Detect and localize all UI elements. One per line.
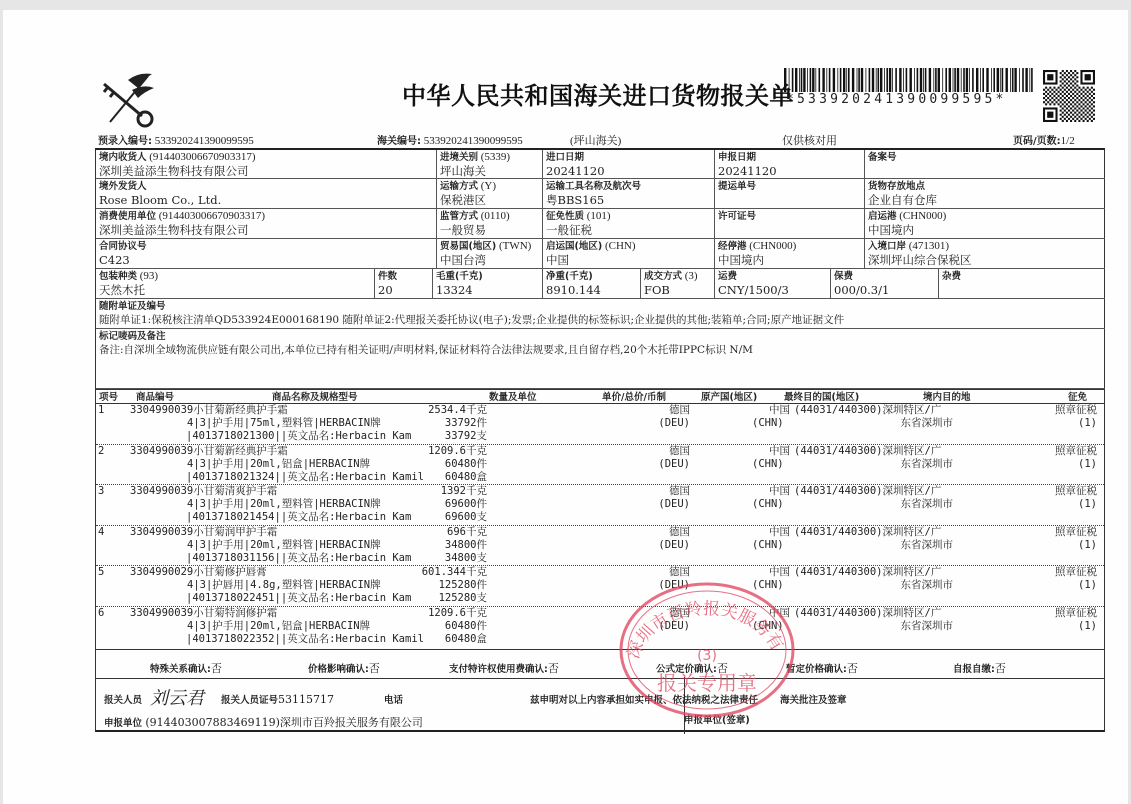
field-label: 进境关别 (5339)	[440, 151, 539, 164]
col-price: 单价/总价/币制	[602, 389, 666, 403]
col-hs-code: 商品编号	[136, 389, 174, 403]
levy-mode: 照章征税	[1055, 526, 1097, 540]
pre-entry-number: 预录入编号: 533920241390099595	[98, 132, 254, 147]
domestic-destination: 东省深圳市	[901, 458, 954, 472]
quantity: 69600件	[445, 498, 487, 512]
confirmation-item: 特殊关系确认:否	[150, 660, 222, 676]
declarant-label: 报关人员	[104, 692, 142, 706]
levy-code: (1)	[1078, 458, 1097, 472]
field-value: 一般贸易	[440, 223, 539, 238]
declaring-unit: 申报单位 (914403007883469119)深圳市百羚报关服务有限公司	[104, 714, 423, 730]
quantity: 1392千克	[441, 485, 487, 499]
quantity: 125280支	[439, 592, 487, 606]
field-value: 20241120	[718, 164, 861, 179]
field-entry-customs: 进境关别 (5339)坪山海关	[437, 150, 543, 179]
field-label: 启运港 (CHN000)	[868, 210, 1102, 223]
destination-code: (CHN)	[752, 417, 784, 431]
levy-mode: 照章征税	[1055, 607, 1097, 621]
goods-name: 3304990029小甘菊修护唇膏	[130, 566, 267, 580]
field-label: 经停港 (CHN000)	[718, 240, 861, 253]
col-origin: 原产国(地区)	[701, 389, 757, 403]
field-value: C423	[99, 253, 433, 268]
field-label: 成交方式 (3)	[644, 270, 711, 283]
destination-country: 中国	[769, 404, 790, 418]
field-label: 监管方式 (0110)	[440, 210, 539, 223]
phone-label: 电话	[384, 692, 403, 706]
quantity: 33792支	[445, 430, 487, 444]
levy-code: (1)	[1078, 620, 1097, 634]
field-storage: 货物存放地点企业自有仓库	[865, 179, 1105, 209]
destination-country: 中国	[769, 485, 790, 499]
field-consignor: 境外发货人Rose Bloom Co., Ltd.	[96, 179, 437, 209]
goods-name: 3304990039小甘菊新经典护手霜	[130, 445, 288, 459]
destination-code: (CHN)	[752, 498, 784, 512]
table-row: 43304990039小甘菊润甲护手霜4|3|护手用|20ml,塑料管|HERB…	[96, 525, 1104, 565]
levy-code: (1)	[1078, 579, 1097, 593]
origin-code: (DEU)	[658, 498, 690, 512]
field-value: 深圳坪山综合保税区	[868, 253, 1102, 268]
quantity: 60480盒	[445, 471, 487, 485]
customs-office: (坪山海关)	[570, 132, 621, 148]
barcode-number: *533920241390099595*	[786, 92, 1007, 107]
field-label: 贸易国(地区) (TWN)	[440, 240, 539, 253]
col-destination: 最终目的国(地区)	[784, 389, 859, 403]
confirmation-item: 自报自缴:否	[953, 660, 1006, 676]
item-no: 2	[98, 445, 104, 459]
document-title: 中华人民共和国海关进口货物报关单	[402, 76, 794, 111]
goods-name: 3304990039小甘菊特润修护霜	[130, 607, 277, 621]
goods-name: 3304990039小甘菊新经典护手霜	[130, 404, 288, 418]
field-value: 一般征税	[546, 223, 711, 238]
quantity: 34800支	[445, 552, 487, 566]
field-misc: 杂费	[939, 269, 1105, 299]
field-supervision: 监管方式 (0110)一般贸易	[437, 209, 543, 239]
field-license: 许可证号	[715, 209, 865, 239]
quantity: 34800件	[445, 539, 487, 553]
field-docs: 随附单证及编号随附单证1:保税核注清单QD533924E000168190 随附…	[96, 299, 1105, 329]
field-label: 境外发货人	[99, 180, 433, 193]
goods-spec: |4013718022451||英文品名:Herbacin Kam	[186, 592, 411, 606]
origin-country: 德国	[669, 485, 690, 499]
destination-country: 中国	[769, 566, 790, 580]
declarant-signature: 刘云君	[150, 684, 204, 710]
field-value: 20	[378, 283, 429, 298]
origin-country: 德国	[669, 526, 690, 540]
declarant-id: 报关人员证号53115717	[221, 692, 334, 706]
confirmation-item: 价格影响确认:否	[308, 660, 380, 676]
field-value: 000/0.3/1	[834, 283, 935, 298]
col-item-no: 项号	[99, 389, 118, 403]
item-no: 4	[98, 526, 104, 540]
goods-spec: 4|3|护手用|20ml,铝盒|HERBACIN牌	[187, 458, 370, 472]
quantity: 69600支	[445, 511, 487, 525]
field-label: 合同协议号	[99, 240, 433, 253]
item-no: 5	[98, 566, 104, 580]
quantity: 1209.6千克	[428, 607, 487, 621]
levy-code: (1)	[1078, 417, 1097, 431]
field-entry-port: 入境口岸 (471301)深圳坪山综合保税区	[865, 239, 1105, 269]
origin-code: (DEU)	[658, 539, 690, 553]
field-label: 净重(千克)	[546, 270, 637, 283]
item-no: 1	[98, 404, 104, 418]
field-label: 境内收货人 (914403006670903317)	[99, 151, 433, 164]
table-row: 13304990039小甘菊新经典护手霜4|3|护手用|75ml,塑料管|HER…	[96, 403, 1104, 443]
field-via-port: 经停港 (CHN000)中国境内	[715, 239, 865, 269]
quantity: 601.344千克	[422, 566, 487, 580]
confirmation-item: 暂定价格确认:否	[786, 660, 858, 676]
quantity: 60480盒	[445, 633, 487, 647]
field-value: 天然木托	[99, 283, 371, 298]
goods-spec: 4|3|护手用|20ml,塑料管|HERBACIN牌	[187, 539, 381, 553]
field-levy: 征免性质 (101)一般征税	[543, 209, 715, 239]
field-value: 中国	[546, 253, 711, 268]
origin-code: (DEU)	[658, 417, 690, 431]
barcode	[784, 68, 1034, 92]
field-label: 件数	[378, 270, 429, 283]
field-value: 中国境内	[718, 253, 861, 268]
goods-spec: |4013718021324||英文品名:Herbacin Kamil	[186, 471, 424, 485]
field-value: 粤BBS165	[546, 193, 711, 208]
goods-spec: 4|3|护手用|75ml,塑料管|HERBACIN牌	[187, 417, 381, 431]
domestic-destination: (44031/440300)深圳特区/广	[794, 485, 941, 499]
domestic-destination: 东省深圳市	[901, 417, 954, 431]
company-seal-stamp: 深圳市百羚报关服务有限公司 (3) 报关专用章	[618, 580, 796, 720]
field-label: 保费	[834, 270, 935, 283]
goods-spec: 4|3|护手用|20ml,塑料管|HERBACIN牌	[187, 498, 381, 512]
field-gross: 毛重(千克)13324	[433, 269, 543, 299]
field-value: 8910.144	[546, 283, 637, 298]
table-row: 53304990029小甘菊修护唇膏4|3|护唇用|4.8g,塑料管|HERBA…	[96, 565, 1104, 605]
field-import-date: 进口日期20241120	[543, 150, 715, 179]
goods-name: 3304990039小甘菊清爽护手霜	[130, 485, 277, 499]
field-consignee: 境内收货人 (914403006670903317)深圳美益添生物科技有限公司	[96, 150, 437, 179]
col-quantity: 数量及单位	[489, 389, 537, 403]
goods-spec: 4|3|护手用|20ml,铝盒|HERBACIN牌	[187, 620, 370, 634]
customs-number: 海关编号: 533920241390099595	[377, 132, 523, 147]
field-label: 提运单号	[718, 180, 861, 193]
field-value: 中国台湾	[440, 253, 539, 268]
field-label: 包装种类 (93)	[99, 270, 371, 283]
field-label: 启运国(地区) (CHN)	[546, 240, 711, 253]
levy-mode: 照章征税	[1055, 566, 1097, 580]
field-contract: 合同协议号C423	[96, 239, 437, 269]
field-vehicle: 运输工具名称及航次号粤BBS165	[543, 179, 715, 209]
origin-country: 德国	[669, 404, 690, 418]
goods-spec: |4013718021300||英文品名:Herbacin Kam	[186, 430, 411, 444]
field-dep-country: 启运国(地区) (CHN)中国	[543, 239, 715, 269]
field-label: 许可证号	[718, 210, 861, 223]
destination-country: 中国	[769, 445, 790, 459]
field-label: 进口日期	[546, 151, 711, 164]
origin-country: 德国	[669, 445, 690, 459]
field-value: 中国境内	[868, 223, 1102, 238]
field-label: 申报日期	[718, 151, 861, 164]
domestic-destination: (44031/440300)深圳特区/广	[794, 445, 941, 459]
destination-code: (CHN)	[752, 539, 784, 553]
item-no: 3	[98, 485, 104, 499]
quantity: 60480件	[445, 458, 487, 472]
domestic-destination: 东省深圳市	[901, 498, 954, 512]
table-row: 33304990039小甘菊清爽护手霜4|3|护手用|20ml,塑料管|HERB…	[96, 484, 1104, 524]
field-label: 征免性质 (101)	[546, 210, 711, 223]
field-value: 企业自有仓库	[868, 193, 1102, 208]
field-deal-mode: 成交方式 (3)FOB	[641, 269, 715, 299]
field-label: 运费	[718, 270, 827, 283]
origin-country: 德国	[669, 566, 690, 580]
field-value: 随附单证1:保税核注清单QD533924E000168190 随附单证2:代理报…	[99, 313, 1102, 328]
goods-spec: |4013718031156||英文品名:Herbacin Kam	[186, 552, 411, 566]
confirmation-item: 支付特许权使用费确认:否	[449, 660, 559, 676]
field-value: FOB	[644, 283, 711, 298]
field-pack-type: 包装种类 (93)天然木托	[96, 269, 375, 299]
domestic-destination: (44031/440300)深圳特区/广	[794, 607, 941, 621]
field-value: 深圳美益添生物科技有限公司	[99, 164, 433, 179]
field-bill-no: 提运单号	[715, 179, 865, 209]
field-label: 标记唛码及备注	[99, 330, 1102, 343]
field-value: Rose Bloom Co., Ltd.	[99, 193, 433, 208]
domestic-destination: 东省深圳市	[901, 620, 954, 634]
field-label: 毛重(千克)	[436, 270, 539, 283]
field-marks: 标记唛码及备注备注:自深圳全域物流供应链有限公司出,本单位已持有相关证明/声明材…	[96, 329, 1105, 389]
field-value: 深圳美益添生物科技有限公司	[99, 223, 433, 238]
goods-spec: |4013718021454||英文品名:Herbacin Kam	[186, 511, 411, 525]
field-label: 备案号	[868, 151, 1102, 164]
field-value: CNY/1500/3	[718, 283, 827, 298]
field-insurance: 保费000/0.3/1	[831, 269, 939, 299]
field-label: 运输方式 (Y)	[440, 180, 539, 193]
field-label: 消费使用单位 (914403006670903317)	[99, 210, 433, 223]
domestic-destination: (44031/440300)深圳特区/广	[794, 566, 941, 580]
destination-code: (CHN)	[752, 458, 784, 472]
levy-mode: 照章征税	[1055, 485, 1097, 499]
svg-text:报关专用章: 报关专用章	[657, 671, 757, 695]
quantity: 696千克	[447, 526, 487, 540]
field-consumer: 消费使用单位 (914403006670903317)深圳美益添生物科技有限公司	[96, 209, 437, 239]
svg-text:(3): (3)	[697, 648, 717, 664]
domestic-destination: 东省深圳市	[901, 539, 954, 553]
quantity: 60480件	[445, 620, 487, 634]
field-value: 备注:自深圳全域物流供应链有限公司出,本单位已持有相关证明/声明材料,保证材料符…	[99, 343, 1102, 358]
field-dep-port: 启运港 (CHN000)中国境内	[865, 209, 1105, 239]
field-label: 货物存放地点	[868, 180, 1102, 193]
goods-spec: |4013718022352||英文品名:Herbacin Kamil	[186, 633, 424, 647]
quantity: 125280件	[439, 579, 487, 593]
levy-code: (1)	[1078, 498, 1097, 512]
field-label: 随附单证及编号	[99, 300, 1102, 313]
field-label: 运输工具名称及航次号	[546, 180, 711, 193]
destination-country: 中国	[769, 526, 790, 540]
verification-note: 仅供核对用	[782, 132, 837, 148]
field-label: 杂费	[942, 270, 1102, 283]
table-row: 63304990039小甘菊特润修护霜4|3|护手用|20ml,铝盒|HERBA…	[96, 606, 1104, 646]
qr-code	[1043, 70, 1095, 122]
field-value: 13324	[436, 283, 539, 298]
domestic-destination: (44031/440300)深圳特区/广	[794, 526, 941, 540]
item-no: 6	[98, 607, 104, 621]
field-value: 保税港区	[440, 193, 539, 208]
field-record-no: 备案号	[865, 150, 1105, 179]
field-pieces: 件数20	[375, 269, 433, 299]
quantity: 1209.6千克	[428, 445, 487, 459]
goods-name: 3304990039小甘菊润甲护手霜	[130, 526, 277, 540]
field-net: 净重(千克)8910.144	[543, 269, 641, 299]
col-levy: 征免	[1068, 389, 1087, 403]
domestic-destination: 东省深圳市	[901, 579, 954, 593]
col-goods-name: 商品名称及规格型号	[272, 389, 358, 403]
goods-spec: 4|3|护唇用|4.8g,塑料管|HERBACIN牌	[187, 579, 381, 593]
quantity: 2534.4千克	[428, 404, 487, 418]
page-number: 页码/页数:1/2	[1013, 132, 1075, 147]
domestic-destination: (44031/440300)深圳特区/广	[794, 404, 941, 418]
quantity: 33792件	[445, 417, 487, 431]
field-declare-date: 申报日期20241120	[715, 150, 865, 179]
field-label: 入境口岸 (471301)	[868, 240, 1102, 253]
field-value: 20241120	[546, 164, 711, 179]
table-row: 23304990039小甘菊新经典护手霜4|3|护手用|20ml,铝盒|HERB…	[96, 444, 1104, 484]
col-domestic-dest: 境内目的地	[923, 389, 971, 403]
field-trade-country: 贸易国(地区) (TWN)中国台湾	[437, 239, 543, 269]
origin-code: (DEU)	[658, 458, 690, 472]
levy-mode: 照章征税	[1055, 445, 1097, 459]
customs-emblem-icon	[98, 70, 158, 130]
field-transport-mode: 运输方式 (Y)保税港区	[437, 179, 543, 209]
levy-code: (1)	[1078, 539, 1097, 553]
field-value: 坪山海关	[440, 164, 539, 179]
levy-mode: 照章征税	[1055, 404, 1097, 418]
field-freight: 运费CNY/1500/3	[715, 269, 831, 299]
